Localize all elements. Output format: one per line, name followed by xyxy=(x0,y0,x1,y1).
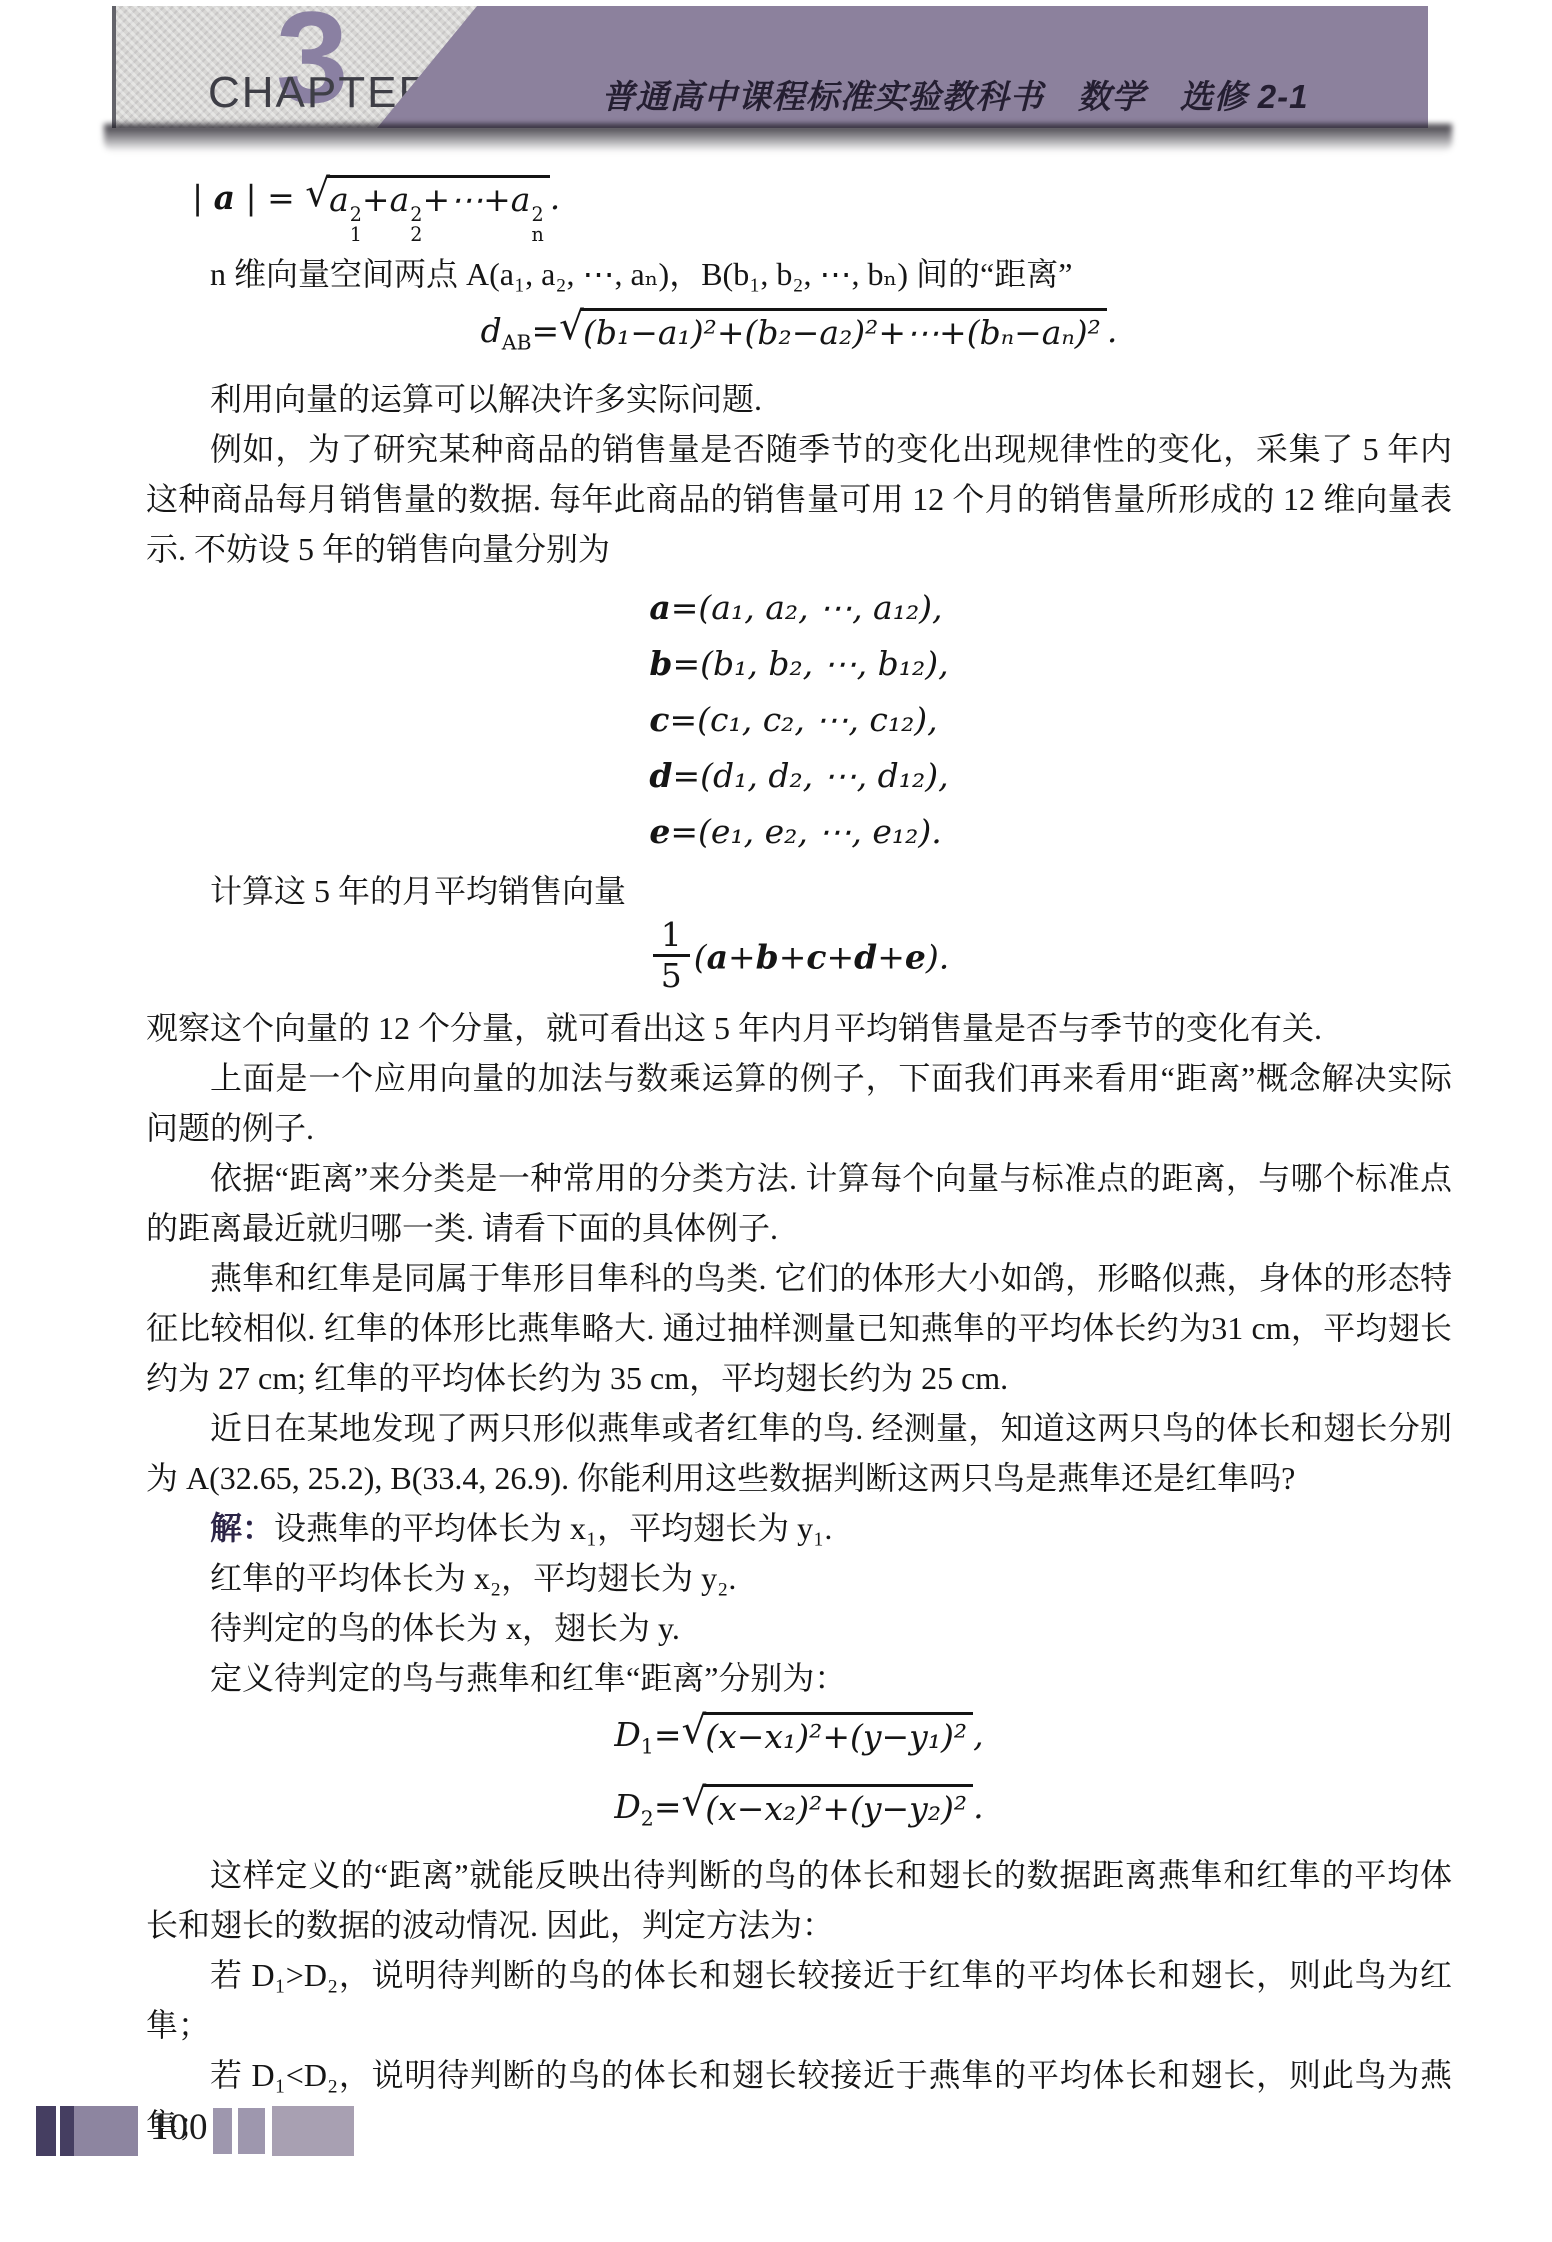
variable: a2n xyxy=(511,180,544,219)
footer-ornament xyxy=(60,2106,138,2156)
paragraph: 近日在某地发现了两只形似燕隼或者红隼的鸟. 经测量，知道这两只鸟的体长和翅长分别… xyxy=(146,1403,1452,1503)
equation-line: a=(a₁, a₂, ⋯, a₁₂), xyxy=(649,580,948,636)
text-run: =(c₁, c₂, ⋯, c₁₂), xyxy=(669,700,937,739)
text-run: | = xyxy=(235,178,305,217)
text-run: . xyxy=(1107,311,1118,350)
paragraph: 待判定的鸟的体长为 x，翅长为 y. xyxy=(146,1603,1452,1653)
text-run: + xyxy=(779,938,807,977)
radical-sign: √ xyxy=(681,1781,706,1826)
superscript: 2 xyxy=(531,205,543,225)
vector-variable: b xyxy=(649,644,672,683)
paragraph: 定义待判定的鸟与燕隼和红隼“距离”分别为： xyxy=(146,1653,1452,1703)
variable: D xyxy=(614,1715,640,1754)
paragraph: 这样定义的“距离”就能反映出待判断的鸟的体长和翅长的数据距离燕隼和红隼的平均体长… xyxy=(146,1850,1452,1950)
page-body: | a | = √a21+a22+⋯+a2n.n 维向量空间两点 A(a₁, a… xyxy=(146,166,1452,2150)
paragraph: 观察这个向量的 12 个分量，就可看出这 5 年内月平均销售量是否与季节的变化有… xyxy=(146,1003,1452,1053)
radicand: (b₁−a₁)²+(b₂−a₂)²+⋯+(bₙ−aₙ)² xyxy=(581,308,1107,353)
radical: √(x−x₁)²+(y−y₁)² xyxy=(681,1712,973,1757)
script-stack: 22 xyxy=(410,205,422,245)
radical-sign: √ xyxy=(681,1709,706,1754)
formula-line: | a | = √a21+a22+⋯+a2n. xyxy=(146,170,1452,245)
subscript: AB xyxy=(502,330,532,354)
vector-variable: d xyxy=(854,938,877,977)
vector-variable: a xyxy=(649,588,670,627)
equation-line: c=(c₁, c₂, ⋯, c₁₂), xyxy=(649,692,948,748)
footer-ornament xyxy=(238,2108,265,2154)
text-run: ( xyxy=(694,938,707,977)
text-run: =(e₁, e₂, ⋯, e₁₂). xyxy=(670,812,941,851)
text-run: = xyxy=(654,1715,682,1754)
footer-ornament xyxy=(272,2106,354,2156)
book-title: 普通高中课程标准实验教科书 数学 选修 2-1 xyxy=(542,71,1368,118)
subscript: 2 xyxy=(410,225,422,245)
text-run: +⋯+ xyxy=(422,180,510,219)
numerator: 1 xyxy=(661,916,682,954)
fraction: 15 xyxy=(653,916,690,995)
subscript: n xyxy=(531,225,543,245)
text-run: =(b₁, b₂, ⋯, b₁₂), xyxy=(672,644,948,683)
radicand: a21+a22+⋯+a2n xyxy=(327,175,550,245)
radicand: (x−x₂)²+(y−y₂)² xyxy=(703,1784,973,1829)
equation-group-inner: a=(a₁, a₂, ⋯, a₁₂),b=(b₁, b₂, ⋯, b₁₂),c=… xyxy=(649,580,948,860)
vector-variable: b xyxy=(756,938,779,977)
formula-line: D2=√(x−x₂)²+(y−y₂)². xyxy=(146,1779,1452,1847)
text-run: =(d₁, d₂, ⋯, d₁₂), xyxy=(672,756,948,795)
paragraph: 利用向量的运算可以解决许多实际问题. xyxy=(146,374,1452,424)
variable: a21 xyxy=(329,180,362,219)
vector-variable: a xyxy=(707,938,728,977)
equation-line: b=(b₁, b₂, ⋯, b₁₂), xyxy=(649,636,948,692)
variable: d xyxy=(481,311,502,350)
text-run: . xyxy=(550,178,561,217)
paragraph: 上面是一个应用向量的加法与数乘运算的例子，下面我们再来看用“距离”概念解决实际问… xyxy=(146,1053,1452,1153)
text-run: , xyxy=(973,1715,984,1754)
paragraph: 燕隼和红隼是同属于隼形目隼科的鸟类. 它们的体形大小如鸽，形略似燕，身体的形态特… xyxy=(146,1253,1452,1403)
vector-variable: d xyxy=(649,756,672,795)
radicand: (x−x₁)²+(y−y₁)² xyxy=(703,1712,973,1757)
text-run: + xyxy=(362,180,390,219)
superscript: 2 xyxy=(410,205,422,225)
variable: D xyxy=(614,1787,640,1826)
text-run: (x−x₁)²+(y−y₁)² xyxy=(705,1717,967,1756)
vector-variable: e xyxy=(905,938,926,977)
paragraph: 计算这 5 年的月平均销售向量 xyxy=(146,866,1452,916)
footer-ornament xyxy=(213,2108,232,2154)
chapter-label: CHAPTER xyxy=(208,68,432,118)
text-run: (b₁−a₁)²+(b₂−a₂)²+⋯+(bₙ−aₙ)² xyxy=(583,313,1101,352)
paragraph: 红隼的平均体长为 x₂，平均翅长为 y₂. xyxy=(146,1553,1452,1603)
subscript: 1 xyxy=(350,225,362,245)
variable: a22 xyxy=(390,180,423,219)
formula-line: D1=√(x−x₁)²+(y−y₁)², xyxy=(146,1707,1452,1775)
text-run: (x−x₂)²+(y−y₂)² xyxy=(705,1789,967,1828)
chapter-box: 3 CHAPTER xyxy=(112,6,477,128)
text-run: ). xyxy=(926,938,949,977)
paragraph: 例如，为了研究某种商品的销售量是否随季节的变化出现规律性的变化，采集了 5 年内… xyxy=(146,424,1452,574)
header-shadow xyxy=(104,124,1452,152)
text-run: =(a₁, a₂, ⋯, a₁₂), xyxy=(671,588,943,627)
paragraph: 若 D₁>D₂，说明待判断的鸟的体长和翅长较接近于红隼的平均体长和翅长，则此鸟为… xyxy=(146,1950,1452,2050)
vector-variable: c xyxy=(649,700,669,739)
formula-line: 15(a+b+c+d+e). xyxy=(146,920,1452,999)
textbook-page: 3 CHAPTER 普通高中课程标准实验教科书 数学 选修 2-1 | a | … xyxy=(0,0,1552,2242)
vector-variable: c xyxy=(806,938,826,977)
equation-line: e=(e₁, e₂, ⋯, e₁₂). xyxy=(649,804,948,860)
chapter-header-band: 3 CHAPTER 普通高中课程标准实验教科书 数学 选修 2-1 xyxy=(112,6,1428,128)
page-footer: 100 xyxy=(0,2100,1552,2160)
radical: √(x−x₂)²+(y−y₂)² xyxy=(681,1784,973,1829)
superscript: 2 xyxy=(350,205,362,225)
formula-line: dAB=√(b₁−a₁)²+(b₂−a₂)²+⋯+(bₙ−aₙ)². xyxy=(146,303,1452,371)
text-run: = xyxy=(654,1787,682,1826)
text-run: + xyxy=(877,938,905,977)
denominator: 5 xyxy=(653,954,690,995)
paragraph: n 维向量空间两点 A(a₁, a₂, ⋯, aₙ)，B(b₁, b₂, ⋯, … xyxy=(146,249,1452,299)
subscript: 1 xyxy=(641,1735,654,1759)
script-stack: 21 xyxy=(350,205,362,245)
footer-ornament xyxy=(36,2106,56,2156)
equation-line: d=(d₁, d₂, ⋯, d₁₂), xyxy=(649,748,948,804)
page-number: 100 xyxy=(150,2106,209,2149)
text-run: = xyxy=(532,311,560,350)
script-stack: 2n xyxy=(531,205,543,245)
radical: √(b₁−a₁)²+(b₂−a₂)²+⋯+(bₙ−aₙ)² xyxy=(559,308,1107,353)
paragraph: 解：设燕隼的平均体长为 x₁，平均翅长为 y₁. xyxy=(146,1503,1452,1553)
text-run: . xyxy=(973,1787,984,1826)
radical-sign: √ xyxy=(559,305,584,350)
equation-group: a=(a₁, a₂, ⋯, a₁₂),b=(b₁, b₂, ⋯, b₁₂),c=… xyxy=(146,580,1452,860)
subscript: 2 xyxy=(641,1806,654,1830)
text-run: + xyxy=(728,938,756,977)
vector-variable: a xyxy=(214,178,235,217)
text-run: + xyxy=(826,938,854,977)
text-run: | xyxy=(192,178,214,217)
paragraph: 依据“距离”来分类是一种常用的分类方法. 计算每个向量与标准点的距离，与哪个标准… xyxy=(146,1153,1452,1253)
radical: √a21+a22+⋯+a2n xyxy=(305,175,550,245)
vector-variable: e xyxy=(649,812,670,851)
solution-label: 解： xyxy=(210,1510,274,1546)
radical-sign: √ xyxy=(305,172,330,217)
